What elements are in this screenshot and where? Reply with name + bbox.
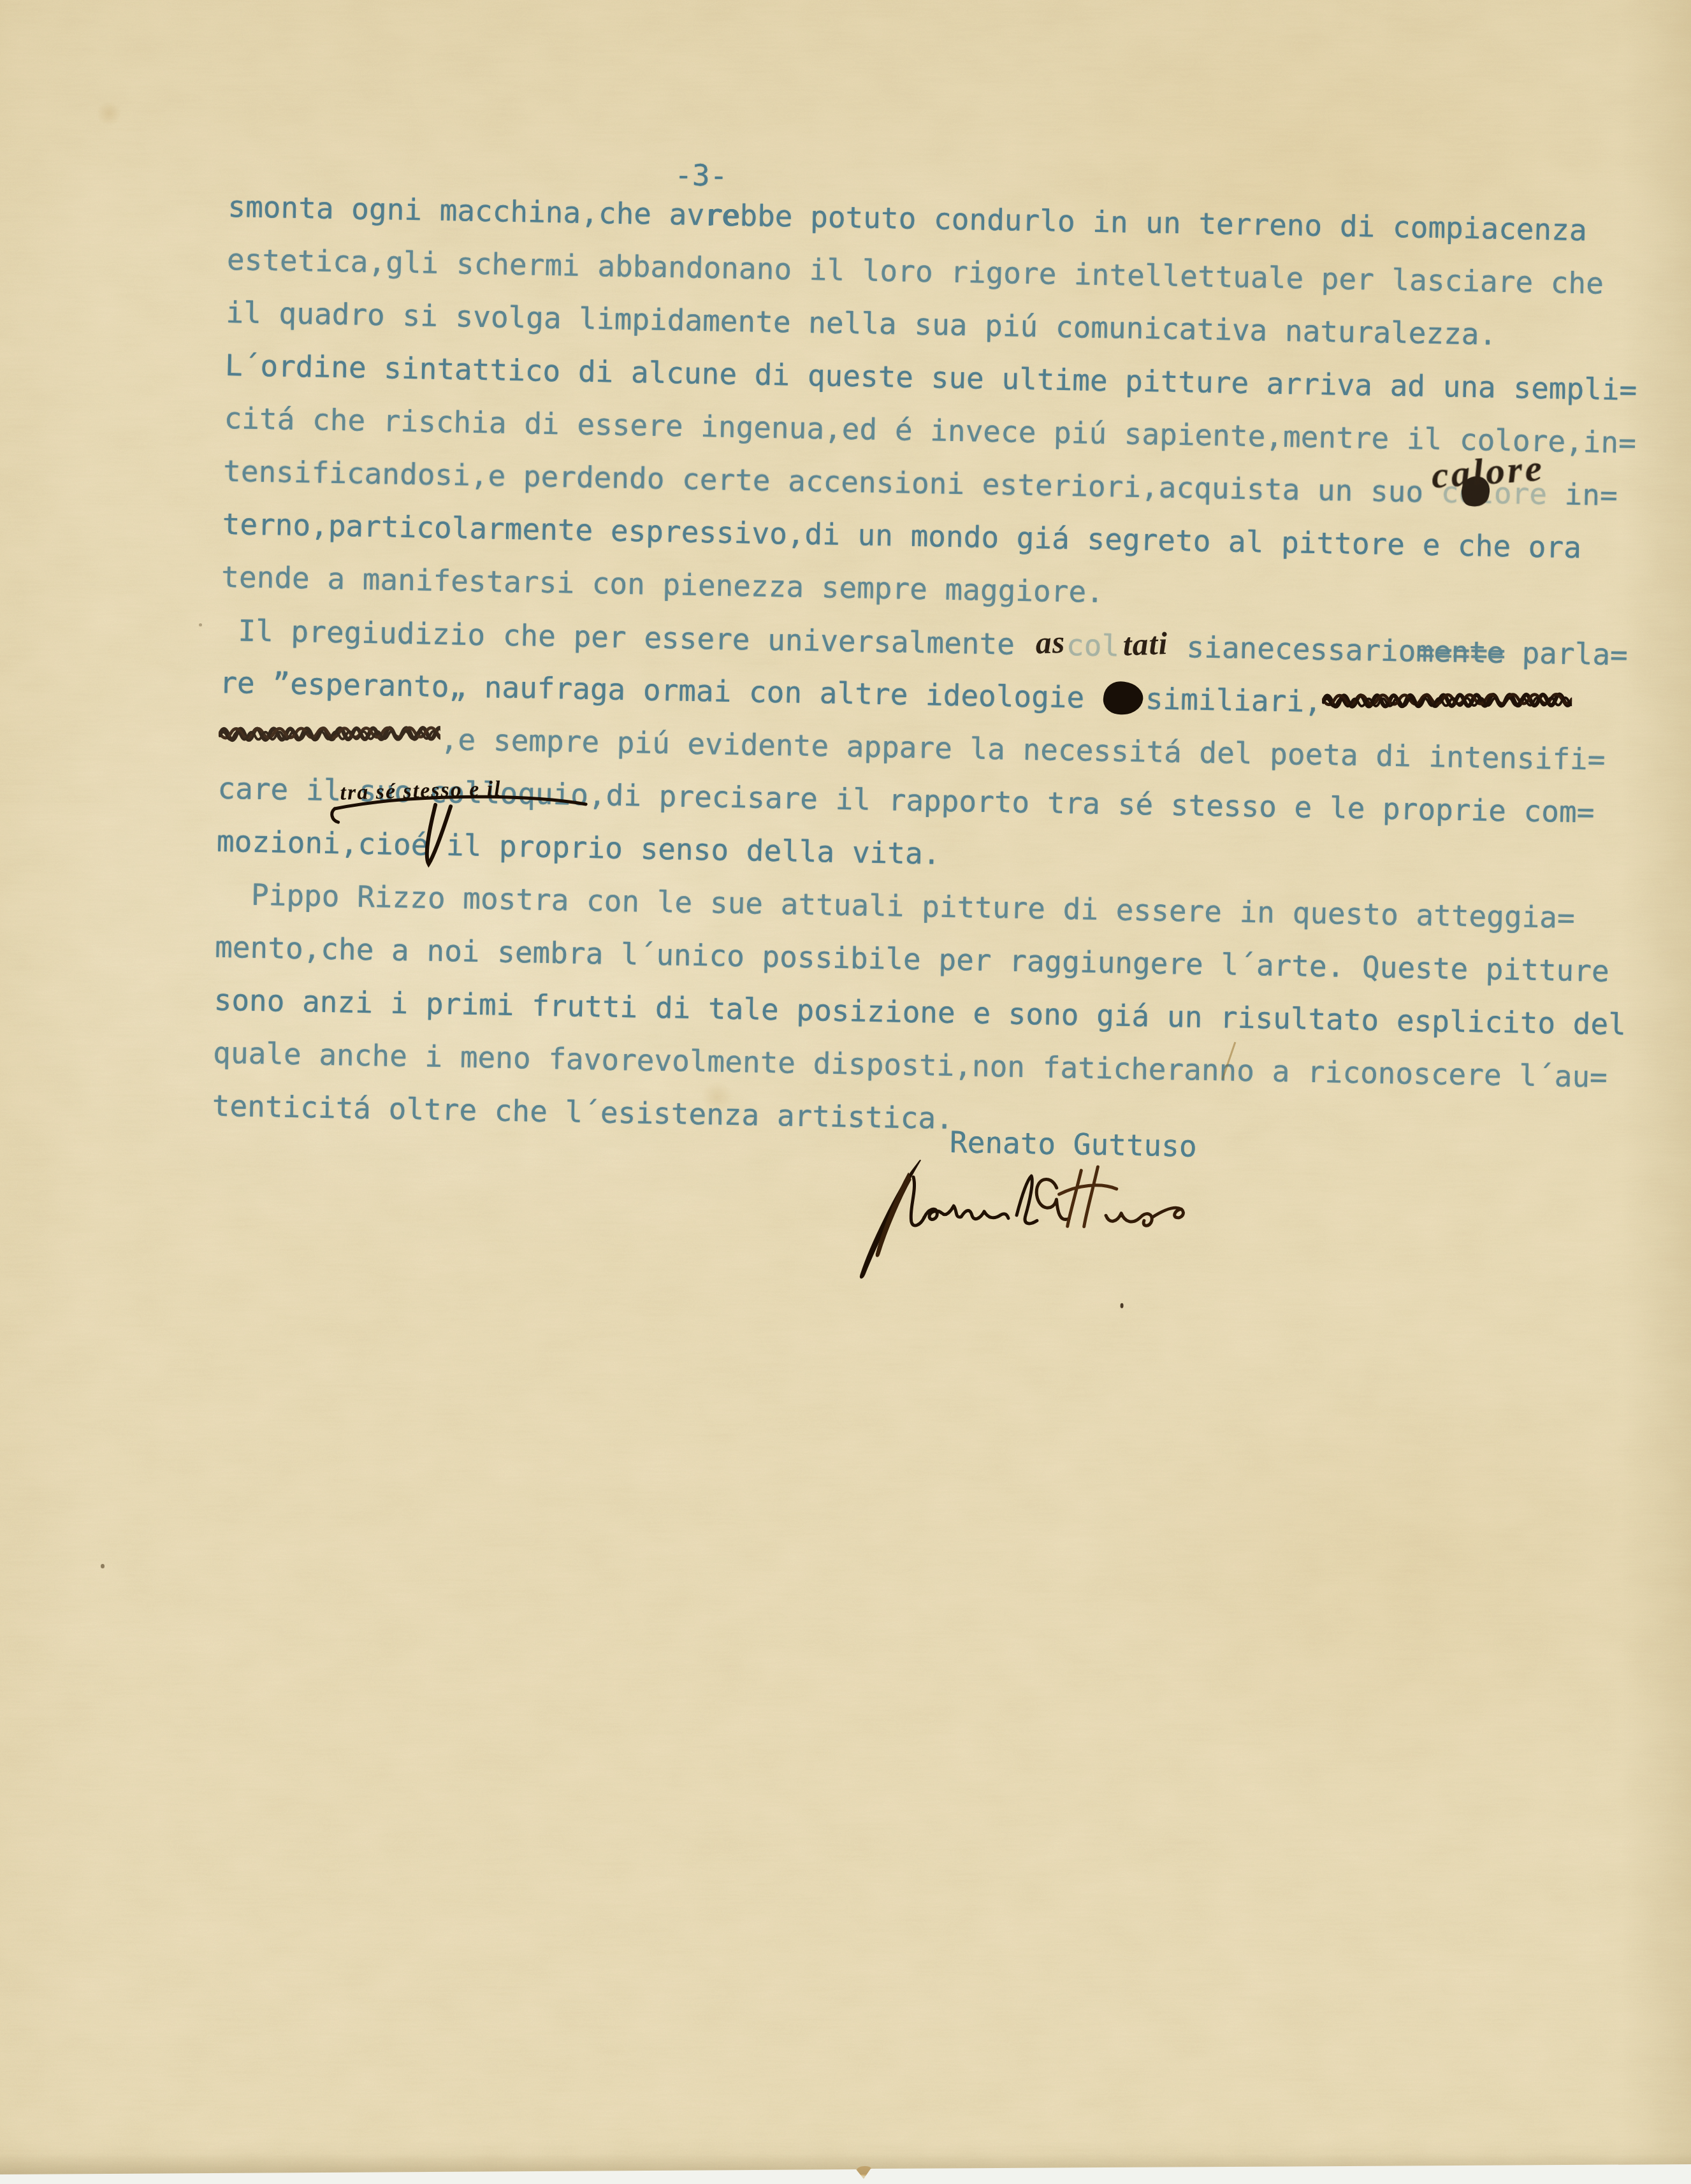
typed-line: il quadro si svolga limpidamente nella s… (226, 293, 1497, 354)
typed-line: ,e sempre piú evidente appare la necessi… (218, 716, 1606, 779)
paper-speck (101, 1564, 105, 1568)
handwritten-correction: calore (1430, 448, 1546, 494)
paper-stain (96, 102, 122, 125)
scan-background: -3- smonta ogni macchina,che avrebbe pot… (0, 0, 1691, 2184)
ink-speck (1121, 1303, 1124, 1308)
typed-line: smonta ogni macchina,che avrebbe potuto … (228, 187, 1587, 249)
typed-line: mento,che a noi sembra l´unico possibile… (215, 928, 1610, 990)
insertion-caret-flourish (326, 786, 601, 879)
typed-lines: smonta ogni macchina,che avrebbe potuto … (228, 187, 1691, 213)
handwritten-correction: tati (1122, 624, 1168, 663)
bottom-edge-shadow (0, 2154, 1691, 2174)
ink-scribble (1322, 688, 1572, 720)
typed-text-block: -3- smonta ogni macchina,che avrebbe pot… (207, 187, 1691, 1424)
handwritten-correction: as (1035, 623, 1066, 662)
typed-line: tende a manifestarsi con pienezza sempre… (221, 558, 1105, 611)
typed-line: terno,particolarmente espressivo,di un m… (222, 505, 1581, 567)
ink-scribble (219, 721, 440, 753)
typed-line: estetica,gli schermi abbandonano il loro… (227, 240, 1604, 303)
ink-blot (1101, 679, 1145, 717)
typed-line: citá che rischia di essere ingenua,ed é … (224, 399, 1636, 462)
handwritten-signature (829, 1149, 1214, 1296)
paper-speck (199, 623, 202, 626)
typed-line: tensificandosi,e perdendo certe accensio… (223, 452, 1618, 514)
corrected-word: colorecalore (1441, 473, 1547, 513)
typed-line: sono anzi i primi frutti di tale posizio… (214, 981, 1626, 1044)
document-page: -3- smonta ogni macchina,che avrebbe pot… (0, 0, 1691, 2184)
typed-line: L´ordine sintattico di alcune di queste … (225, 346, 1637, 409)
typed-line: tenticitá oltre che l´esistenza artistic… (212, 1087, 954, 1138)
typed-line: re ”esperanto„ naufraga ormai con altre … (219, 663, 1572, 725)
typed-line: Pippo Rizzo mostra con le sue attuali pi… (215, 875, 1575, 937)
typed-line: quale anche i meno favorevolmente dispos… (213, 1034, 1608, 1096)
struck-word: mente===== (1416, 634, 1504, 670)
typed-line: Il pregiudizio che per essere universalm… (220, 611, 1628, 674)
page-number: -3- (674, 155, 728, 194)
